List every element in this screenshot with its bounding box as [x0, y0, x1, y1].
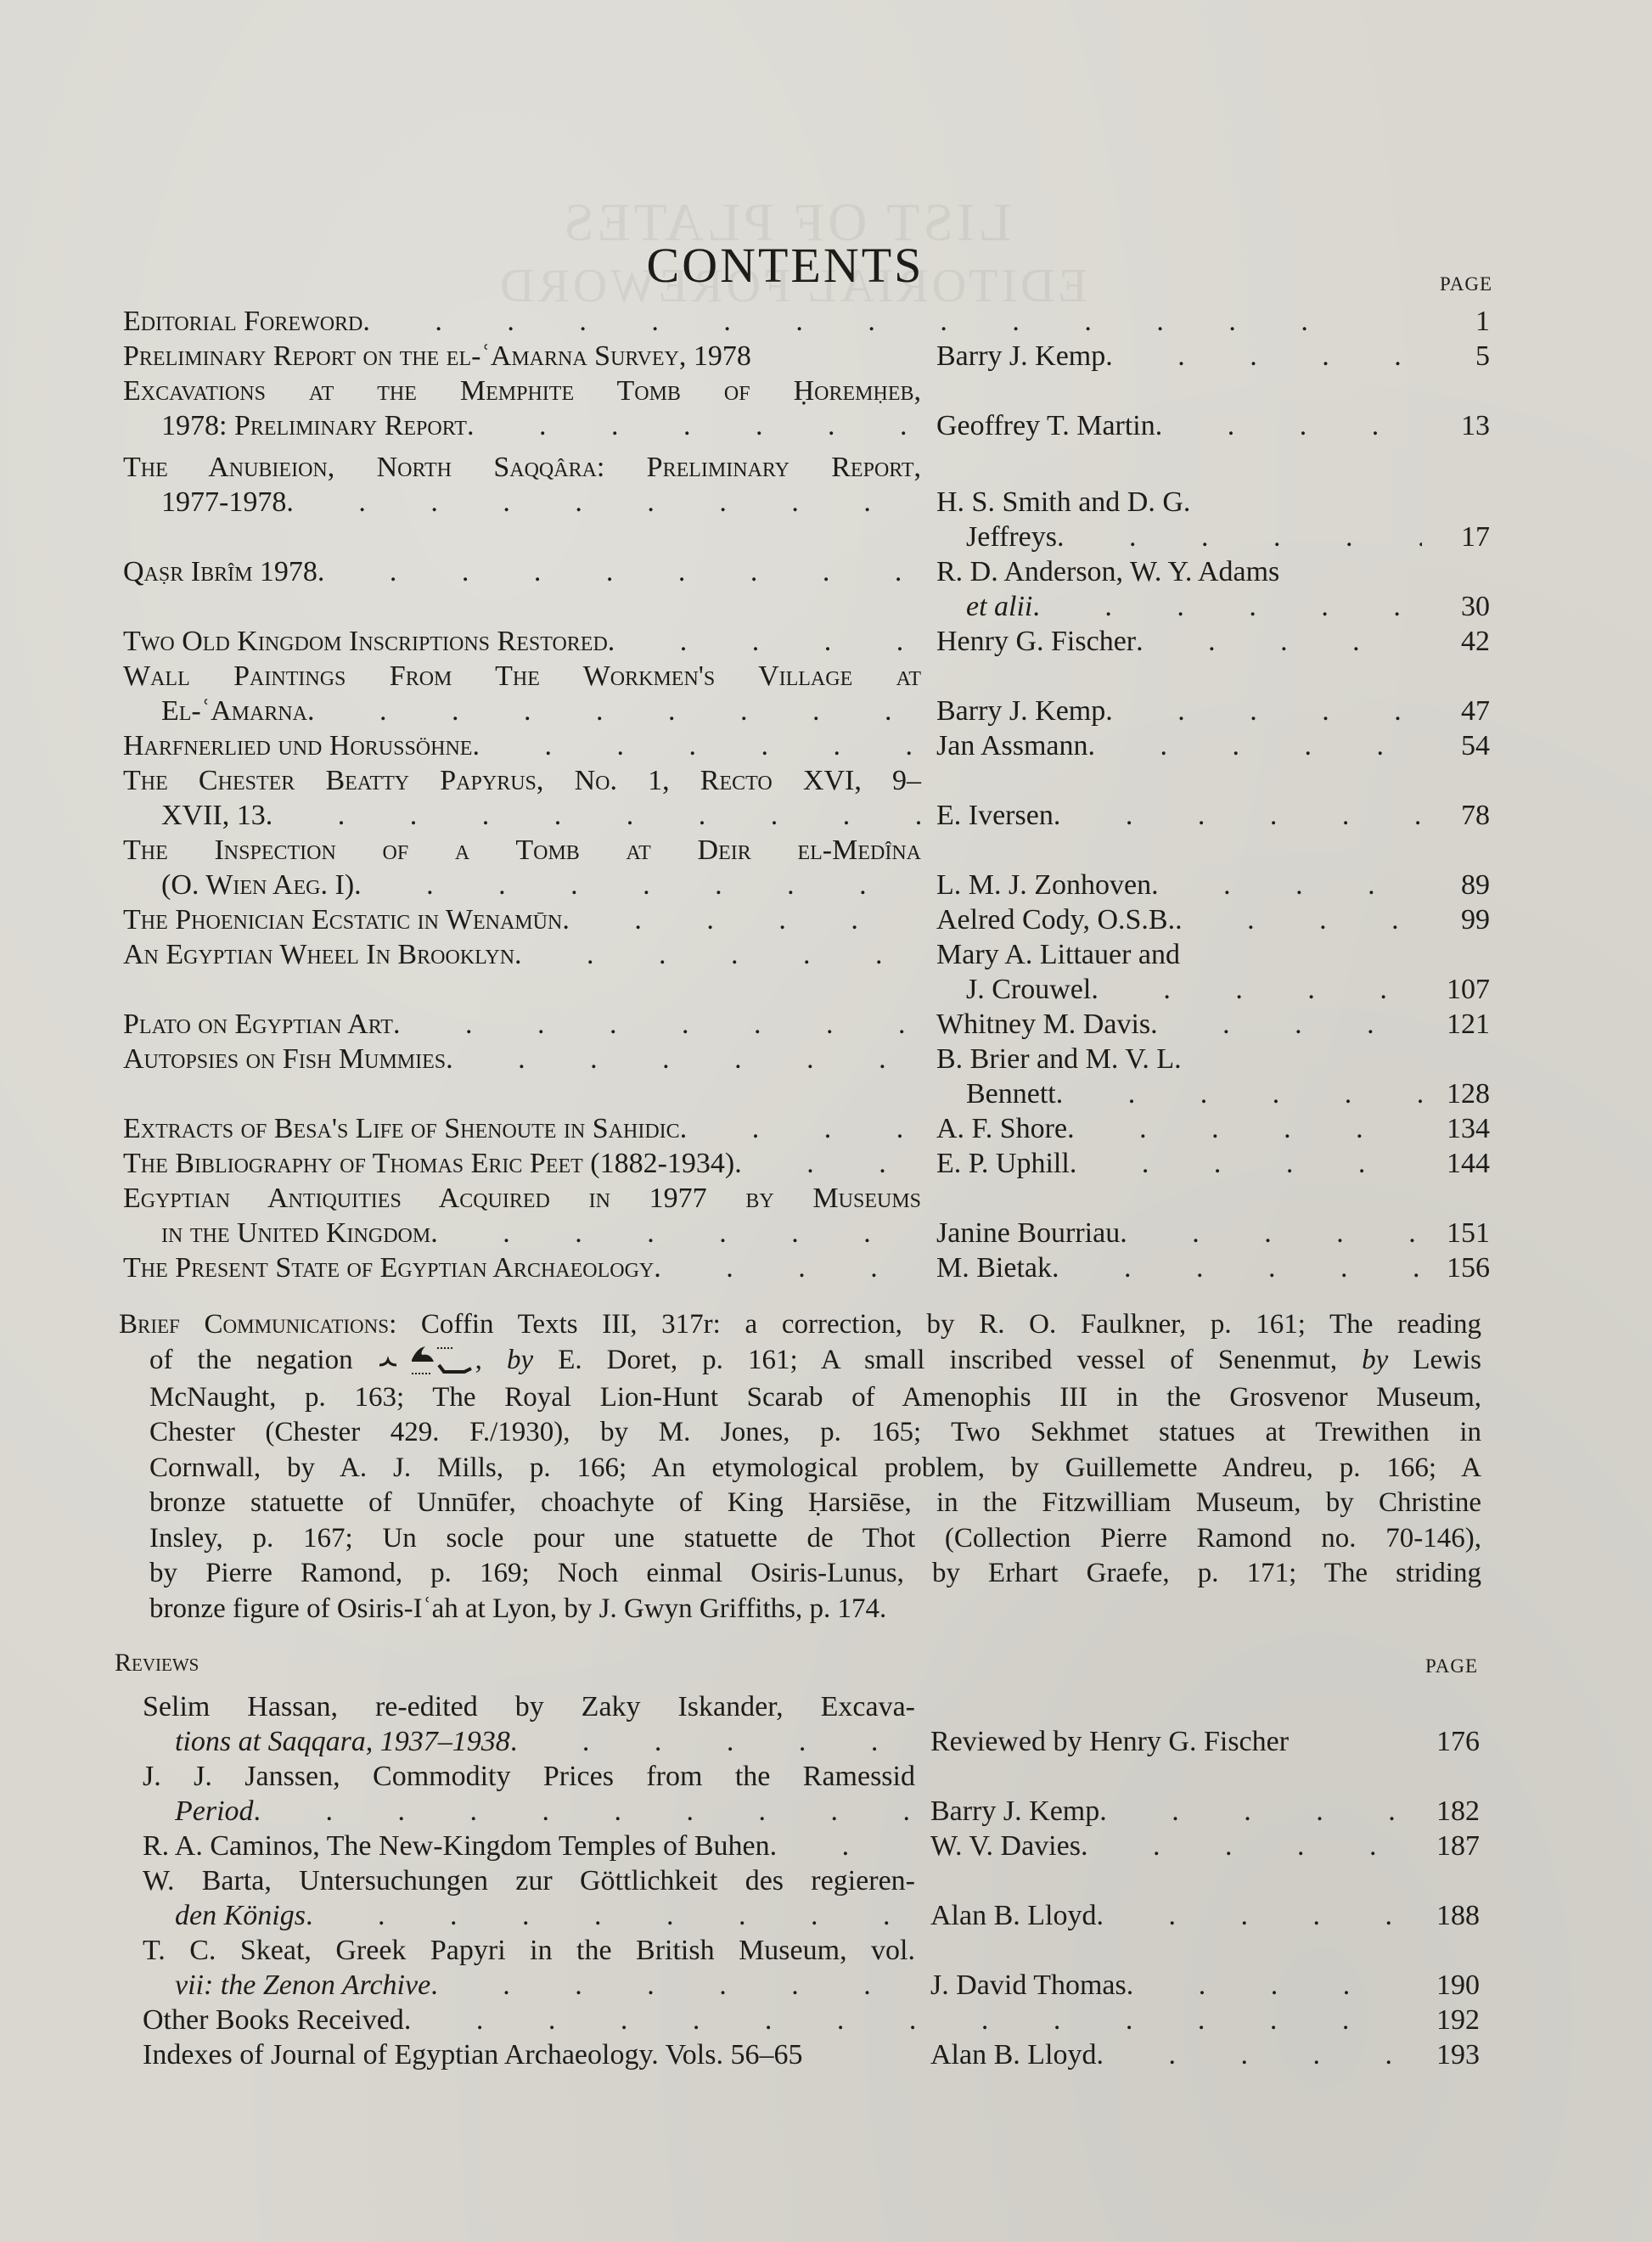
entry-title: Harfnerlied und Horussöhne — [123, 728, 472, 763]
entry-page: 128 — [1422, 1076, 1490, 1111]
articles-list: Editorial Foreword 1 Preliminary Report … — [123, 304, 1490, 1285]
dot-leader — [1096, 1898, 1408, 1933]
entry-author: A. F. Shore — [936, 1111, 1067, 1146]
toc-entry[interactable]: Harfnerlied und Horussöhne Jan Assmann 5… — [123, 728, 1490, 763]
brief-communications-label: Brief Communications — [119, 1309, 389, 1340]
dot-leader — [654, 1250, 921, 1285]
dot-leader — [306, 1898, 915, 1933]
review-entry[interactable]: Indexes of Journal of Egyptian Archaeolo… — [143, 2037, 1480, 2072]
entry-author: Henry G. Fischer — [936, 624, 1136, 659]
review-page: 176 — [1408, 1724, 1480, 1759]
dot-leader — [266, 798, 921, 833]
dot-leader — [1070, 1146, 1422, 1181]
review-page: 188 — [1408, 1898, 1480, 1933]
review-reviewer: Reviewed by Henry G. Fischer — [930, 1724, 1408, 1759]
review-title-line: J. J. Janssen, Commodity Prices from the… — [143, 1759, 915, 1794]
review-title-line: tions at Saqqara, 1937–1938 — [175, 1724, 510, 1759]
entry-title: Autopsies on Fish Mummies — [123, 1042, 446, 1076]
entry-author: Mary A. Littauer and — [936, 937, 1422, 972]
toc-entry[interactable]: Extracts of Besa's Life of Shenoute in S… — [123, 1111, 1490, 1146]
dot-leader — [1081, 1829, 1408, 1863]
toc-entry[interactable]: The Present State of Egyptian Archaeolog… — [123, 1250, 1490, 1285]
entry-page: 151 — [1422, 1216, 1490, 1250]
dot-leader — [354, 868, 921, 902]
review-reviewer: Barry J. Kemp — [930, 1794, 1099, 1829]
entry-page: 1 — [1422, 304, 1490, 339]
entry-title-line: 1978: Preliminary Report — [161, 408, 467, 443]
entry-author: Whitney M. Davis — [936, 1007, 1150, 1042]
entry-title: Editorial Foreword — [123, 304, 362, 339]
entry-title-line: Egyptian Antiquities Acquired in 1977 by… — [123, 1181, 921, 1216]
entry-author: Jan Assmann — [936, 728, 1088, 763]
review-title-line: vii: the Zenon Archive — [175, 1968, 430, 2003]
dot-leader — [1151, 868, 1422, 902]
dot-leader — [510, 1724, 915, 1759]
brief-line: Cornwall, by A. J. Mills, p. 166; An ety… — [119, 1451, 1481, 1486]
dot-leader — [393, 1007, 921, 1042]
dot-leader — [1105, 694, 1422, 728]
review-title: R. A. Caminos, The New-Kingdom Temples o… — [143, 1829, 770, 1863]
toc-entry[interactable]: Wall Paintings From The Workmen's Villag… — [123, 659, 1490, 728]
brief-line: McNaught, p. 163; The Royal Lion-Hunt Sc… — [119, 1380, 1481, 1416]
dot-leader — [1105, 339, 1422, 374]
review-page: 190 — [1408, 1968, 1480, 2003]
page-column-label: PAGE — [1440, 273, 1492, 295]
entry-title-line: El-ʿAmarna — [161, 694, 307, 728]
dot-leader — [1096, 2037, 1408, 2072]
page-column-label: PAGE — [1425, 1655, 1478, 1677]
dot-leader — [1150, 1007, 1422, 1042]
review-page: 193 — [1408, 2037, 1480, 2072]
entry-author: R. D. Anderson, W. Y. Adams — [936, 554, 1422, 589]
dot-leader — [770, 1829, 915, 1863]
entry-title: Preliminary Report on the el-ʿAmarna Sur… — [123, 339, 921, 374]
brief-line: Brief Communications: Coffin Texts III, … — [119, 1307, 1481, 1343]
dot-leader — [562, 902, 921, 937]
dot-leader — [1067, 1111, 1422, 1146]
dot-leader — [1091, 972, 1422, 1007]
entry-page: 78 — [1422, 798, 1490, 833]
entry-page: 107 — [1422, 972, 1490, 1007]
reviews-heading: Reviews — [115, 1649, 199, 1677]
review-page: 192 — [1408, 2003, 1480, 2037]
entry-page: 13 — [1422, 408, 1490, 443]
dot-leader — [362, 304, 1422, 339]
entry-page: 99 — [1422, 902, 1490, 937]
review-entry[interactable]: T. C. Skeat, Greek Papyri in the British… — [143, 1933, 1480, 2003]
entry-page: 30 — [1422, 589, 1490, 624]
review-reviewer: Alan B. Lloyd — [930, 2037, 1096, 2072]
entry-author: Barry J. Kemp — [936, 339, 1105, 374]
entry-page: 54 — [1422, 728, 1490, 763]
brief-text-part: , by E. Doret, p. 161; A small inscribed… — [475, 1345, 1481, 1375]
entry-author: Barry J. Kemp — [936, 694, 1105, 728]
entry-author: E. Iversen — [936, 798, 1054, 833]
toc-entry[interactable]: Autopsies on Fish Mummies B. Brier and M… — [123, 1042, 1490, 1111]
toc-entry[interactable]: The Inspection of a Tomb at Deir el-Medî… — [123, 833, 1490, 902]
dot-leader — [1155, 408, 1422, 443]
entry-author: L. M. J. Zonhoven — [936, 868, 1151, 902]
dot-leader — [1054, 798, 1422, 833]
entry-page: 42 — [1422, 624, 1490, 659]
review-entry[interactable]: J. J. Janssen, Commodity Prices from the… — [143, 1759, 1480, 1829]
dot-leader — [514, 937, 921, 972]
entry-page: 5 — [1422, 339, 1490, 374]
entry-page: 144 — [1422, 1146, 1490, 1181]
brief-line: Insley, p. 167; Un socle pour une statue… — [119, 1521, 1481, 1557]
dot-leader — [1120, 1216, 1422, 1250]
entry-author: B. Brier and M. V. L. — [936, 1042, 1422, 1076]
entry-title: An Egyptian Wheel In Brooklyn — [123, 937, 514, 972]
dot-leader — [472, 728, 921, 763]
entry-author: M. Bietak — [936, 1250, 1052, 1285]
toc-entry[interactable]: Preliminary Report on the el-ʿAmarna Sur… — [123, 339, 1490, 374]
brief-communications: Brief Communications: Coffin Texts III, … — [119, 1307, 1481, 1627]
entry-page: 17 — [1422, 520, 1490, 554]
dot-leader — [680, 1111, 921, 1146]
dot-leader — [286, 485, 921, 520]
dot-leader — [1099, 1794, 1408, 1829]
review-title-line: den Königs — [175, 1898, 306, 1933]
review-title-line: W. Barta, Untersuchungen zur Göttlichkei… — [143, 1863, 915, 1898]
toc-entry[interactable]: The Phoenician Ecstatic in Wenamūn Aelre… — [123, 902, 1490, 937]
entry-title-line: The Inspection of a Tomb at Deir el-Medî… — [123, 833, 921, 868]
dot-leader — [1136, 624, 1422, 659]
entry-author: Geoffrey T. Martin — [936, 408, 1155, 443]
entry-page: 89 — [1422, 868, 1490, 902]
dot-leader — [1056, 1076, 1422, 1111]
entry-page: 47 — [1422, 694, 1490, 728]
dot-leader — [307, 694, 921, 728]
dot-leader — [430, 1968, 915, 2003]
entry-author: Aelred Cody, O.S.B. — [936, 902, 1175, 937]
review-title-line: T. C. Skeat, Greek Papyri in the British… — [143, 1933, 915, 1968]
review-title-line: Selim Hassan, re-edited by Zaky Iskander… — [143, 1689, 915, 1724]
dot-leader — [254, 1794, 915, 1829]
entry-author: Jeffreys — [966, 520, 1057, 554]
brief-line: Chester (Chester 429. F./1930), by M. Jo… — [119, 1415, 1481, 1451]
review-reviewer: J. David Thomas — [930, 1968, 1127, 2003]
brief-line: of the negation , by E. Doret, p. 161; A… — [119, 1343, 1481, 1380]
review-entry[interactable]: R. A. Caminos, The New-Kingdom Temples o… — [143, 1829, 1480, 1863]
dot-leader — [1088, 728, 1423, 763]
review-reviewer: Alan B. Lloyd — [930, 1898, 1096, 1933]
toc-entry[interactable]: Two Old Kingdom Inscriptions Restored He… — [123, 624, 1490, 659]
dot-leader — [467, 408, 921, 443]
toc-entry[interactable]: The Bibliography of Thomas Eric Peet (18… — [123, 1146, 1490, 1181]
entry-title-line: in the United Kingdom — [161, 1216, 430, 1250]
entry-title-line: XVII, 13 — [161, 798, 266, 833]
brief-line: bronze statuette of Unnūfer, choachyte o… — [119, 1486, 1481, 1521]
review-page: 187 — [1408, 1829, 1480, 1863]
entry-title-line: (O. Wien Aeg. I) — [161, 868, 354, 902]
reviews-list: Selim Hassan, re-edited by Zaky Iskander… — [143, 1689, 1480, 2072]
review-page: 182 — [1408, 1794, 1480, 1829]
entry-title: Extracts of Besa's Life of Shenoute in S… — [123, 1111, 680, 1146]
dot-leader — [1057, 520, 1422, 554]
hieroglyph-negation-icon — [378, 1343, 475, 1380]
toc-entry[interactable]: Plato on Egyptian Art Whitney M. Davis 1… — [123, 1007, 1490, 1042]
entry-page: 121 — [1422, 1007, 1490, 1042]
brief-text-part: of the negation — [149, 1345, 378, 1375]
entry-title-line: Wall Paintings From The Workmen's Villag… — [123, 659, 921, 694]
dot-leader — [1175, 902, 1422, 937]
entry-author: Janine Bourriau — [936, 1216, 1120, 1250]
dot-leader — [317, 554, 921, 589]
entry-title-line: Excavations at the Memphite Tomb of Ḥore… — [123, 374, 921, 408]
dot-leader — [1052, 1250, 1422, 1285]
review-title: Other Books Received — [143, 2003, 404, 2037]
brief-line: bronze figure of Osiris-Iʿah at Lyon, by… — [119, 1592, 1481, 1627]
toc-entry[interactable]: Editorial Foreword 1 — [123, 304, 1490, 339]
dot-leader — [446, 1042, 921, 1076]
review-entry[interactable]: Other Books Received 192 — [143, 2003, 1480, 2037]
entry-author: E. P. Uphill — [936, 1146, 1070, 1181]
entry-page: 134 — [1422, 1111, 1490, 1146]
toc-entry[interactable]: Qaṣr Ibrîm 1978 R. D. Anderson, W. Y. Ad… — [123, 554, 1490, 624]
toc-entry[interactable]: The Chester Beatty Papyrus, No. 1, Recto… — [123, 763, 1490, 833]
entry-page: 156 — [1422, 1250, 1490, 1285]
review-reviewer: W. V. Davies — [930, 1829, 1081, 1863]
entry-title: The Phoenician Ecstatic in Wenamūn — [123, 902, 562, 937]
entry-title-line: The Anubieion, North Saqqâra: Preliminar… — [123, 450, 921, 485]
dot-leader — [608, 624, 921, 659]
review-entry[interactable]: W. Barta, Untersuchungen zur Göttlichkei… — [143, 1863, 1480, 1933]
review-title-line: Period — [175, 1794, 254, 1829]
dot-leader — [734, 1146, 921, 1181]
entry-author: J. Crouwel — [966, 972, 1091, 1007]
review-title: Indexes of Journal of Egyptian Archaeolo… — [143, 2037, 915, 2072]
entry-title-line: The Chester Beatty Papyrus, No. 1, Recto… — [123, 763, 921, 798]
toc-entry[interactable]: The Anubieion, North Saqqâra: Preliminar… — [123, 450, 1490, 554]
entry-author: Bennett — [966, 1076, 1056, 1111]
entry-author: H. S. Smith and D. G. — [936, 485, 1422, 520]
toc-entry[interactable]: An Egyptian Wheel In Brooklyn Mary A. Li… — [123, 937, 1490, 1007]
page-title: CONTENTS — [0, 237, 1571, 294]
brief-text: Coffin Texts III, 317r: a correction, by… — [421, 1309, 1481, 1340]
dot-leader — [1032, 589, 1422, 624]
entry-title: Plato on Egyptian Art — [123, 1007, 393, 1042]
review-entry[interactable]: Selim Hassan, re-edited by Zaky Iskander… — [143, 1689, 1480, 1759]
entry-title: Qaṣr Ibrîm 1978 — [123, 554, 317, 589]
toc-entry[interactable]: Excavations at the Memphite Tomb of Ḥore… — [123, 374, 1490, 443]
dot-leader — [430, 1216, 921, 1250]
dot-leader — [1127, 1968, 1408, 2003]
entry-title-line: 1977-1978 — [161, 485, 286, 520]
entry-title: The Bibliography of Thomas Eric Peet (18… — [123, 1146, 734, 1181]
entry-author: et alii — [966, 589, 1032, 624]
brief-line: by Pierre Ramond, p. 169; Noch einmal Os… — [119, 1556, 1481, 1592]
entry-title: Two Old Kingdom Inscriptions Restored — [123, 624, 608, 659]
dot-leader — [404, 2003, 1408, 2037]
toc-entry[interactable]: Egyptian Antiquities Acquired in 1977 by… — [123, 1181, 1490, 1250]
entry-title: The Present State of Egyptian Archaeolog… — [123, 1250, 654, 1285]
